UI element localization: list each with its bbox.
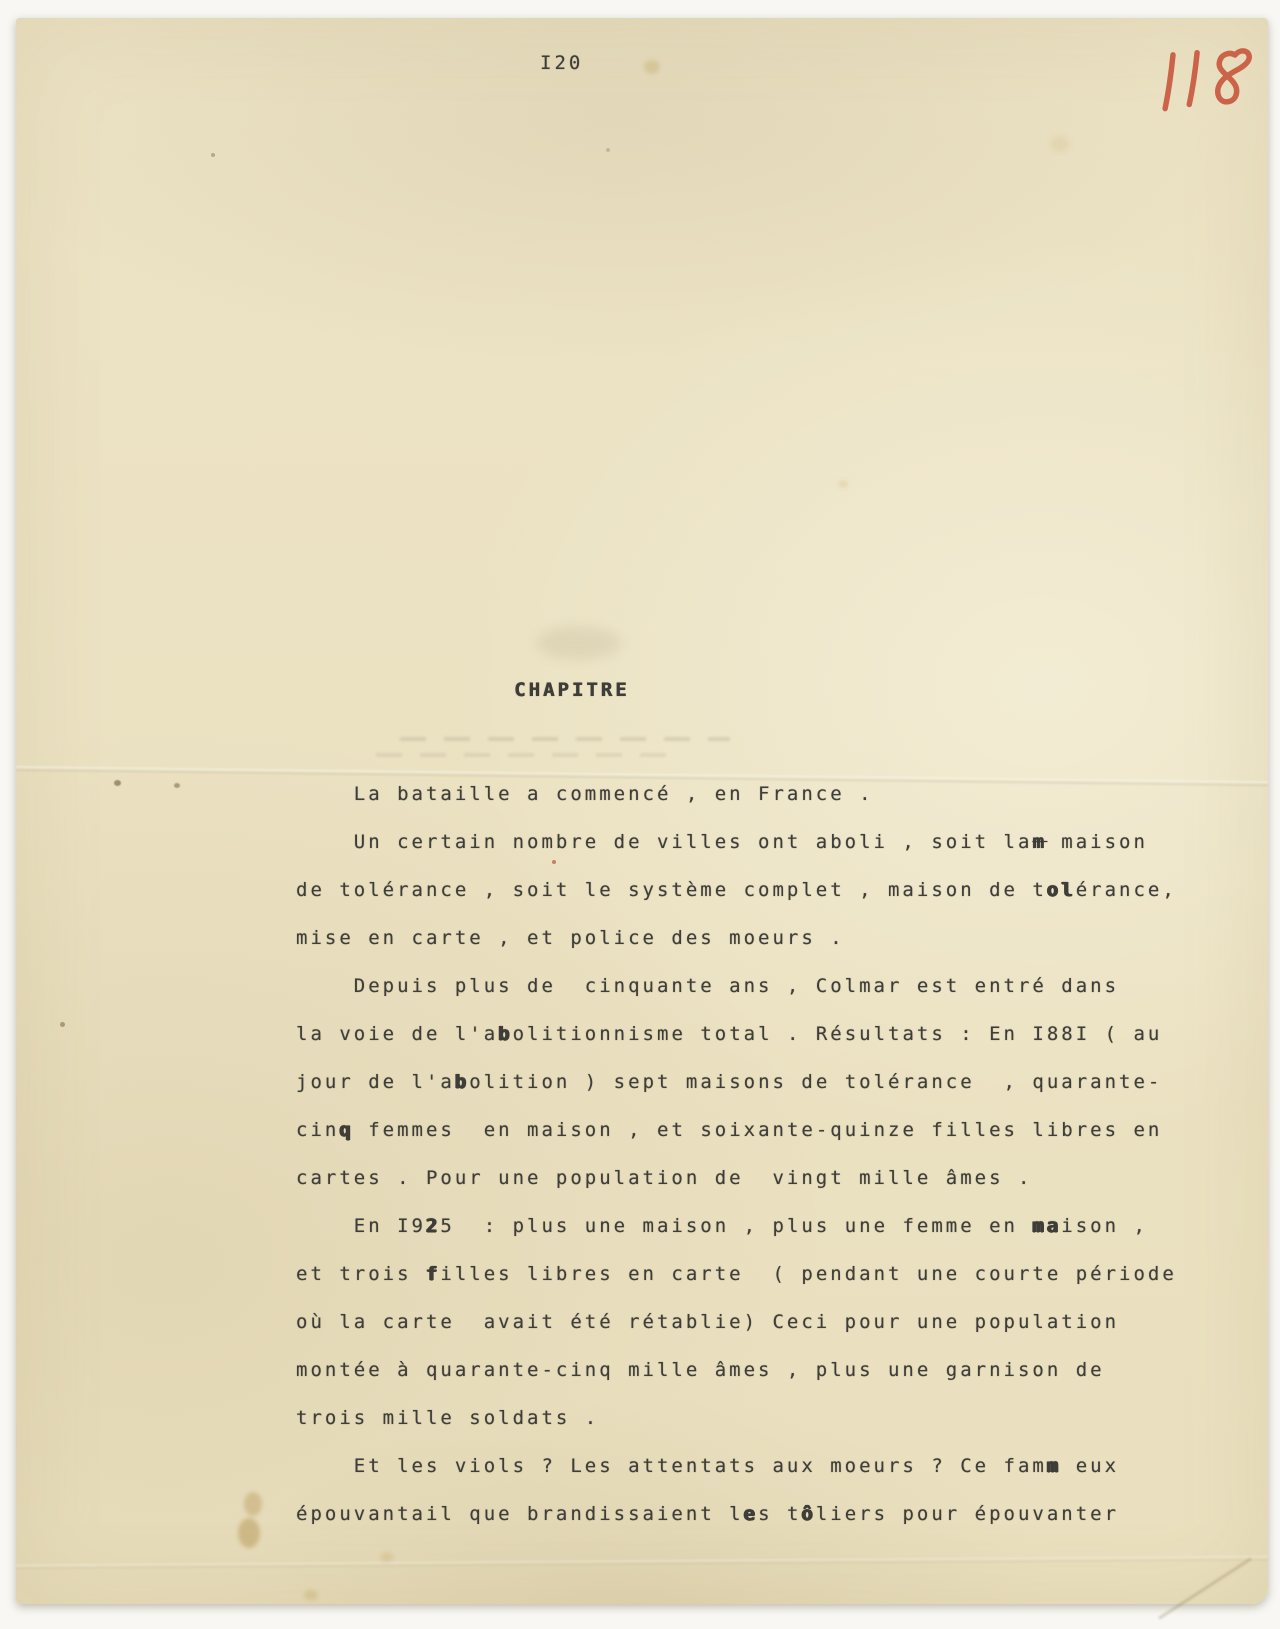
typed-line: trois mille soldats . <box>296 1394 1216 1442</box>
corner-crease <box>1158 1557 1252 1619</box>
typed-text: trois mille soldats . <box>296 1407 599 1429</box>
paper-smudge <box>536 626 622 660</box>
paper-stain <box>238 1518 260 1548</box>
paper-stain <box>380 1552 394 1562</box>
typed-line: la voie de l'abolitionnisme total . Résu… <box>296 1010 1216 1058</box>
typed-text: eux <box>1061 1455 1119 1477</box>
typed-text: 5 : plus une maison , plus une femme en <box>440 1215 1032 1237</box>
paper-stain <box>1050 136 1070 152</box>
typed-text: Un certain nombre de villes ont aboli , … <box>296 831 1032 853</box>
handwritten-118-strokes <box>1148 38 1261 130</box>
typed-text: la voie de l'a <box>296 1023 498 1045</box>
typed-text: de tolérance , soit le système complet ,… <box>296 879 1047 901</box>
typed-text: En I9 <box>296 1215 426 1237</box>
overstruck-text: b <box>455 1071 469 1093</box>
typed-text: montée à quarante-cinq mille âmes , plus… <box>296 1359 1105 1381</box>
overstruck-text: 2 <box>426 1215 440 1237</box>
erased-text-trace <box>400 737 730 741</box>
typed-text: mise en carte , et police des moeurs . <box>296 927 845 949</box>
typed-text: où la carte avait été rétablie) Ceci pou… <box>296 1311 1119 1333</box>
overstruck-text: m <box>1047 1455 1061 1477</box>
scan-background: { "page": { "typed_page_number": "I20", … <box>0 0 1280 1629</box>
typed-lines: La bataille a commencé , en France . Un … <box>296 770 1216 1538</box>
typed-text: cin <box>296 1119 339 1141</box>
paper-stain <box>174 783 180 788</box>
typed-line: cinq femmes en maison , et soixante-quin… <box>296 1106 1216 1154</box>
paper-stain <box>606 148 610 152</box>
overstruck-text: b <box>498 1023 512 1045</box>
typed-line: cartes . Pour une population de vingt mi… <box>296 1154 1216 1202</box>
typed-text: Depuis plus de cinquante ans , Colmar es… <box>296 975 1119 997</box>
typed-text: épouvantail que brandissaient l <box>296 1503 744 1525</box>
typed-text: jour de l'a <box>296 1071 455 1093</box>
erased-text-trace <box>376 753 676 757</box>
digit-1-stroke <box>1165 55 1173 109</box>
typed-text: liers pour épouvanter <box>816 1503 1119 1525</box>
typed-text: érance, <box>1076 879 1177 901</box>
overstruck-text: q <box>339 1119 353 1141</box>
digit-8-stroke <box>1217 50 1249 103</box>
typed-line: Un certain nombre de villes ont aboli , … <box>296 818 1216 866</box>
overstruck-text: f <box>426 1263 440 1285</box>
typed-text: s t <box>758 1503 801 1525</box>
typed-line: épouvantail que brandissaient les tôlier… <box>296 1490 1216 1538</box>
overstruck-text: ol <box>1047 879 1076 901</box>
paper-stain <box>644 60 660 74</box>
typed-page-number: I20 <box>540 52 583 74</box>
typed-line: La bataille a commencé , en France . <box>296 770 1216 818</box>
typed-text: illes libres en carte ( pendant une cour… <box>440 1263 1176 1285</box>
typed-line: de tolérance , soit le système complet ,… <box>296 866 1216 914</box>
typed-text: et trois <box>296 1263 426 1285</box>
paper-stain <box>304 1590 318 1600</box>
handwritten-page-number <box>1148 38 1261 130</box>
typed-text: La bataille a commencé , en France . <box>296 783 874 805</box>
typed-line: montée à quarante-cinq mille âmes , plus… <box>296 1346 1216 1394</box>
typed-text: olitionnisme total . Résultats : En I88I… <box>513 1023 1163 1045</box>
overstruck-text: ô <box>801 1503 815 1525</box>
paper-stain <box>244 1492 262 1516</box>
paper-stain <box>211 153 215 157</box>
typed-line: Et les viols ? Les attentats aux moeurs … <box>296 1442 1216 1490</box>
overstruck-text: ma <box>1032 1215 1061 1237</box>
typed-line: Depuis plus de cinquante ans , Colmar es… <box>296 962 1216 1010</box>
typed-text: Et les viols ? Les attentats aux moeurs … <box>296 1455 1047 1477</box>
digit-1-stroke <box>1189 52 1197 104</box>
typed-line: mise en carte , et police des moeurs . <box>296 914 1216 962</box>
typed-text: femmes en maison , et soixante-quinze fi… <box>354 1119 1163 1141</box>
typed-text: ison , <box>1061 1215 1148 1237</box>
paper-stain <box>60 1022 65 1027</box>
bottom-crease <box>16 1556 1268 1570</box>
paper-stain <box>114 780 121 786</box>
typed-line: et trois filles libres en carte ( pendan… <box>296 1250 1216 1298</box>
manuscript-page: I20 CHAPITRE La bataille a commencé , en… <box>16 18 1268 1604</box>
typed-text: maison <box>1047 831 1148 853</box>
typed-line: jour de l'abolition ) sept maisons de to… <box>296 1058 1216 1106</box>
typed-text: olition ) sept maisons de tolérance , qu… <box>469 1071 1162 1093</box>
typed-text: cartes . Pour une population de vingt mi… <box>296 1167 1032 1189</box>
typed-line: où la carte avait été rétablie) Ceci pou… <box>296 1298 1216 1346</box>
overstruck-text: e <box>744 1503 758 1525</box>
chapter-heading: CHAPITRE <box>514 679 630 701</box>
overstruck-text: m <box>1032 831 1046 853</box>
typed-line: En I925 : plus une maison , plus une fem… <box>296 1202 1216 1250</box>
paper-stain <box>838 480 848 488</box>
